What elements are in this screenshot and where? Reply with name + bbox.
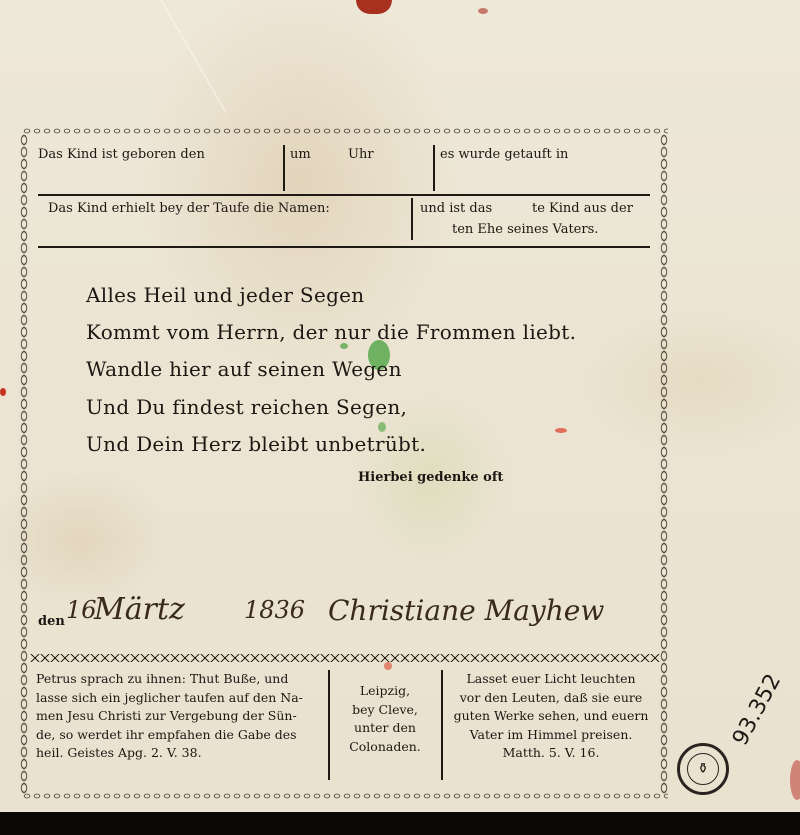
verse-line: Vater im Himmel preisen. (448, 726, 654, 745)
poem-line-1: Alles Heil und jeder Segen (86, 283, 365, 307)
verse-line: Matth. 5. V. 16. (448, 744, 654, 763)
red-stain (790, 760, 800, 800)
publisher-line: unter den (336, 719, 434, 738)
footer-publisher: Leipzig, bey Cleve, unter den Colonaden. (336, 682, 434, 756)
handwritten-year: 1836 (244, 596, 305, 624)
verse-line: heil. Geistes Apg. 2. V. 38. (36, 744, 303, 763)
time-label-um: um (290, 147, 311, 162)
baptized-label: es wurde getauft in (440, 147, 568, 162)
red-stain (478, 8, 488, 14)
ornamental-border-left (20, 134, 28, 794)
child-order-label-c: ten Ehe seines Vaters. (452, 222, 598, 237)
ornamental-border-top (22, 127, 668, 135)
date-prefix: den (38, 614, 65, 629)
horizontal-rule (38, 246, 650, 248)
divider-vertical (283, 145, 285, 191)
archive-stamp: ⚱ (677, 743, 729, 795)
verse-line: Lasset euer Licht leuchten (448, 670, 654, 689)
verse-line: Petrus sprach zu ihnen: Thut Buße, und (36, 670, 303, 689)
child-order-label-a: und ist das (420, 201, 492, 216)
footer-left-verse: Petrus sprach zu ihnen: Thut Buße, und l… (36, 670, 303, 763)
verse-line: lasse sich ein jeglicher taufen auf den … (36, 689, 303, 708)
red-stain (555, 428, 567, 433)
urn-icon: ⚱ (687, 753, 719, 785)
poem-line-2: Kommt vom Herrn, der nur die Frommen lie… (86, 320, 576, 344)
scan-background (0, 812, 800, 835)
horizontal-rule (38, 194, 650, 196)
publisher-line: Leipzig, (336, 682, 434, 701)
time-label-uhr: Uhr (348, 147, 374, 162)
handwritten-day: 16 (66, 596, 97, 624)
footer-right-verse: Lasset euer Licht leuchten vor den Leute… (448, 670, 654, 763)
divider-vertical (411, 198, 413, 240)
divider-vertical (441, 670, 443, 780)
red-stain (0, 388, 6, 396)
born-label: Das Kind ist geboren den (38, 147, 205, 162)
verse-line: guten Werke sehen, und euern (448, 707, 654, 726)
ornamental-border-bottom (22, 792, 668, 800)
zigzag-divider (30, 654, 660, 662)
handwritten-name: Christiane Mayhew (328, 594, 604, 627)
verse-line: men Jesu Christi zur Vergebung der Sün- (36, 707, 303, 726)
ornamental-border-right (660, 134, 668, 794)
names-label: Das Kind erhielt bey der Taufe die Namen… (48, 201, 330, 216)
verse-line: vor den Leuten, daß sie eure (448, 689, 654, 708)
poem-line-3: Wandle hier auf seinen Wegen (86, 357, 402, 381)
divider-vertical (433, 145, 435, 191)
green-stain (378, 422, 386, 432)
verse-line: de, so werdet ihr empfahen die Gabe des (36, 726, 303, 745)
red-stain (384, 662, 392, 670)
poem-line-5: Und Dein Herz bleibt unbetrübt. (86, 432, 426, 456)
child-order-label-b: te Kind aus der (532, 201, 633, 216)
divider-vertical (328, 670, 330, 780)
poem-line-4: Und Du findest reichen Segen, (86, 395, 407, 419)
handwritten-month: Märtz (94, 592, 185, 627)
publisher-line: Colonaden. (336, 738, 434, 757)
publisher-line: bey Cleve, (336, 701, 434, 720)
poem-closing: Hierbei gedenke oft (358, 470, 503, 485)
